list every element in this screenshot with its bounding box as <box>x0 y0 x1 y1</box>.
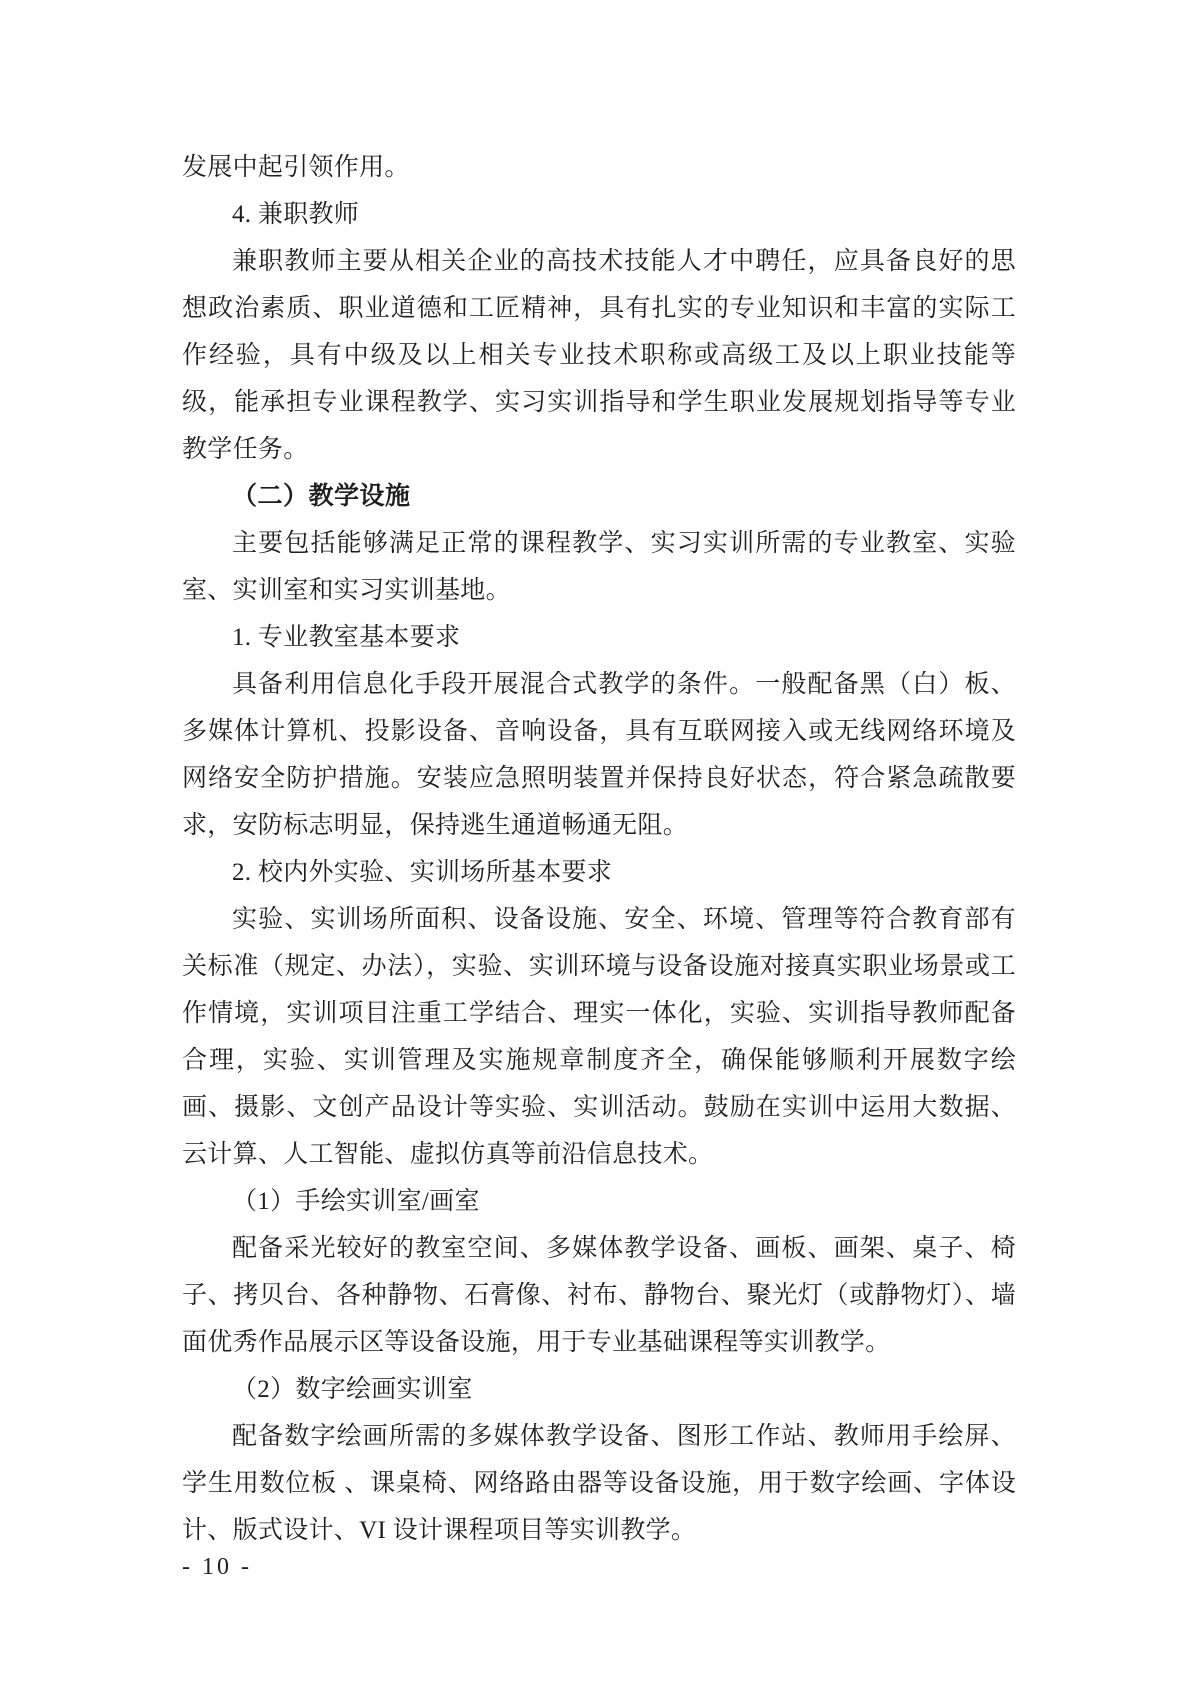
list-item-heading-1: 1. 专业教室基本要求 <box>182 614 1016 661</box>
paragraph: 主要包括能够满足正常的课程教学、实习实训所需的专业教室、实验室、实训室和实习实训… <box>182 520 1016 614</box>
list-item-heading-2: 2. 校内外实验、实训场所基本要求 <box>182 849 1016 896</box>
paragraph: 实验、实训场所面积、设备设施、安全、环境、管理等符合教育部有关标准（规定、办法）… <box>182 896 1016 1178</box>
paragraph-continuation: 发展中起引领作用。 <box>182 144 1016 191</box>
page-footer: - 10 - <box>182 1552 252 1582</box>
section-heading: （二）教学设施 <box>182 473 1016 520</box>
document-body: 发展中起引领作用。 4. 兼职教师 兼职教师主要从相关企业的高技术技能人才中聘任… <box>182 144 1016 1554</box>
list-item-heading-4: 4. 兼职教师 <box>182 191 1016 238</box>
sub-item-heading-2: （2）数字绘画实训室 <box>182 1366 1016 1413</box>
document-page: 发展中起引领作用。 4. 兼职教师 兼职教师主要从相关企业的高技术技能人才中聘任… <box>0 0 1191 1684</box>
page-number: - 10 - <box>182 1554 252 1580</box>
paragraph: 配备数字绘画所需的多媒体教学设备、图形工作站、教师用手绘屏、学生用数位板 、课桌… <box>182 1413 1016 1554</box>
sub-item-heading-1: （1）手绘实训室/画室 <box>182 1178 1016 1225</box>
paragraph: 兼职教师主要从相关企业的高技术技能人才中聘任，应具备良好的思想政治素质、职业道德… <box>182 238 1016 473</box>
paragraph: 具备利用信息化手段开展混合式教学的条件。一般配备黑（白）板、多媒体计算机、投影设… <box>182 661 1016 849</box>
paragraph: 配备采光较好的教室空间、多媒体教学设备、画板、画架、桌子、椅子、拷贝台、各种静物… <box>182 1225 1016 1366</box>
